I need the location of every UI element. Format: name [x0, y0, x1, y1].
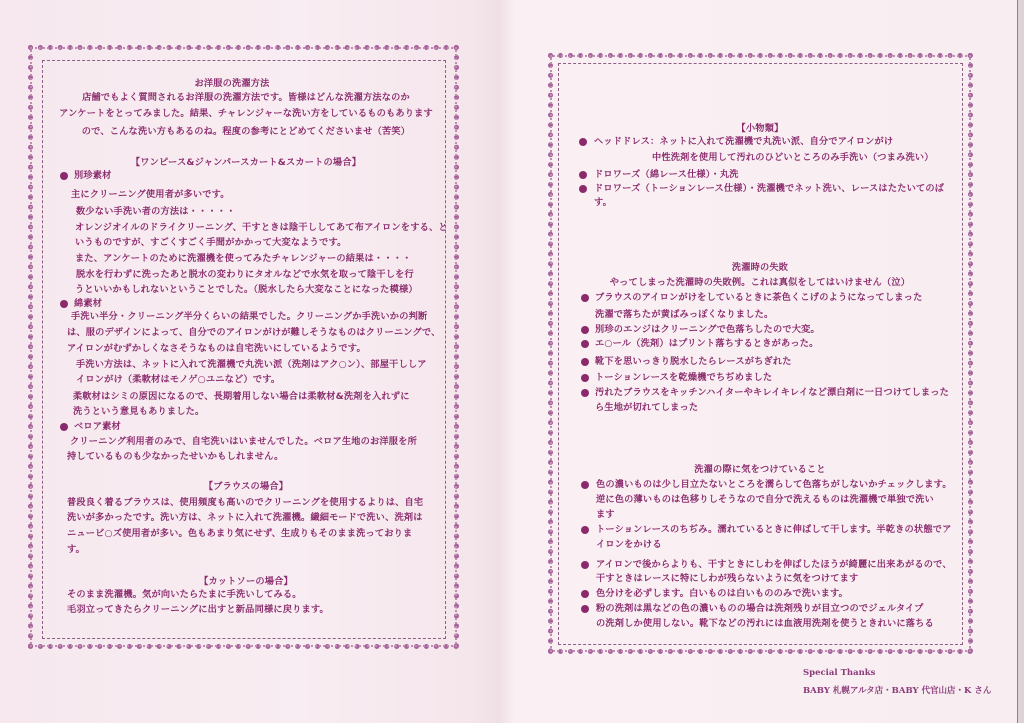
material-label: 別珍素材 [74, 170, 112, 182]
list-item-continuation: 干すときはレースに特にしわが残らないように気をつけてます [596, 573, 858, 585]
bullet-icon [60, 172, 68, 180]
list-item: トーションレースを乾燥機でちぢめました [595, 372, 772, 384]
list-item: 汚れたブラウスをキッチンハイターやキレイキレイなど漂白剤に一日つけてしまった [595, 387, 949, 399]
list-item: トーションレースのちぢみ。濡れているときに伸ばして干します。半乾きの状態でア [596, 524, 951, 536]
text-line: 柔軟材はシミの原因になるので、長期着用しない場合は柔軟材&洗剤を入れずに [73, 391, 410, 403]
material-label: ベロア素材 [74, 421, 121, 433]
section-heading-cutsew: 【カットソーの場合】 [46, 576, 446, 588]
list-item: 色の濃いものは少し目立たないところを濡らして色落ちがしないかチェックします。 [596, 479, 952, 491]
bullet-icon [581, 326, 589, 334]
bullet-icon [579, 138, 587, 146]
text-line: 毛羽立ってきたらクリーニングに出すと新品同様に戻ります。 [67, 604, 329, 616]
credits-text: BABY 札幌アルタ店・BABY 代官山店・K さん [803, 686, 991, 697]
bullet-icon [579, 185, 587, 193]
bullet-icon [581, 561, 589, 569]
bullet-icon [581, 389, 589, 397]
text-line: 持しているものも少なかったせいかもしれません。 [67, 451, 283, 463]
text-line: 手洗い方法は、ネットに入れて洗濯機で丸洗い派（洗剤はアク○ン）、部屋干ししア [76, 359, 427, 371]
intro-line: ので、こんな洗い方もあるのね。程度の参考にとどめてくださいませ（苦笑） [46, 126, 446, 138]
text-line: アイロンがむずかしくなさそうなものは自宅洗いにしているようです。 [67, 343, 366, 355]
right-dashed-border [558, 63, 963, 645]
bullet-icon [581, 526, 589, 534]
intro-line: アンケートをとってみました。結果、チャレンジャーな洗い方をしているものもあります [46, 108, 446, 120]
text-line: オレンジオイルのドライクリーニング、干すときは陰干ししてあて布アイロンをする、と [75, 222, 448, 234]
list-item: ドロワーズ（綿レース仕様）・丸洗 [594, 169, 739, 181]
bullet-icon [60, 300, 68, 308]
bullet-icon [581, 294, 589, 302]
bullet-icon [581, 340, 589, 348]
list-item-continuation: の洗剤しか使用しない。靴下などの汚れには血液用洗剤を使うときれいに落ちる [596, 618, 934, 630]
bullet-icon [579, 171, 587, 179]
material-label: 綿素材 [74, 298, 102, 310]
bullet-icon [581, 374, 589, 382]
text-line: ニュービ○ズ使用者が多い。色もあまり気にせず、生成りもそのまま洗っておりま [67, 528, 412, 540]
text-line: クリーニング利用者のみで、自宅洗いはいませんでした。ベロア生地のお洋服を所 [70, 436, 417, 448]
list-item: ドロワーズ（トーションレース仕様）・洗濯機でネット洗い、レースはたたいてのば [594, 183, 944, 195]
list-item: アイロンで後からよりも、干すときにしわを伸ばしたほうが綺麗に出来あがるので、 [596, 559, 952, 571]
bullet-icon [60, 423, 68, 431]
list-item: エ○ール（洗剤）はプリント落ちするときがあった。 [595, 338, 818, 350]
text-line: イロンがけ（柔軟材はモノゲ○ユニなど）です。 [76, 374, 280, 386]
text-line: 洗うという意見もありました。 [73, 406, 204, 418]
failures-subtitle: やってしまった洗濯時の失敗例。これは真似をしてはいけません（泣） [560, 277, 960, 289]
text-line: 普段良く着るブラウスは、使用頻度も高いのでクリーニングを使用するよりは、自宅 [67, 497, 423, 509]
list-item: 靴下を思いっきり脱水したらレースがちぎれた [595, 356, 792, 368]
list-item: ブラウスのアイロンがけをしているときに茶色くこげのようになってしまった [595, 292, 922, 304]
accessories-heading: 【小物類】 [560, 123, 960, 135]
bullet-icon [581, 590, 589, 598]
text-line: は、服のデザインによって、自分でのアイロンがけが難しそうなものはクリーニングで、 [67, 327, 440, 339]
list-item: ヘッドドレス：ネットに入れて洗濯機で丸洗い派、自分でアイロンがけ [594, 136, 893, 148]
bullet-icon [581, 358, 589, 366]
list-item: 色分けを必ずします。白いものは白いもののみで洗います。 [596, 588, 848, 600]
list-item-continuation: 中性洗剤を使用して汚れのひどいところのみ手洗い（つまみ洗い） [652, 152, 934, 164]
text-line: また、アンケートのために洗濯機を使ってみたチャレンジャーの結果は・・・・ [75, 253, 411, 265]
text-line: 脱水を行わずに洗ったあと脱水の変わりにタオルなどで水気を取って陰干しを行 [76, 269, 414, 281]
list-item-continuation: イロンをかける [596, 539, 662, 551]
text-line: いうものですが、すごくすごく手間がかかって大変なようです。 [75, 237, 347, 249]
section-heading-blouse: 【ブラウスの場合】 [46, 481, 446, 493]
scan-edge [1017, 0, 1024, 723]
list-item-continuation: 逆に色の薄いものは色移りしそうなので自分で洗えるものは洗濯機で単独で洗い [596, 494, 934, 506]
failures-title: 洗濯時の失敗 [560, 262, 960, 274]
list-item-continuation: す。 [594, 197, 612, 209]
text-line: 主にクリーニング使用者が多いです。 [71, 189, 230, 201]
credits-label: Special Thanks [803, 668, 875, 679]
text-line: うといいかもしれないということでした。（脱水したら大変なことになった模様） [75, 284, 418, 296]
tips-title: 洗濯の際に気をつけていること [560, 464, 960, 476]
text-line: 手洗い半分・クリーニング半分くらいの結果でした。クリーニングか手洗いかの判断 [71, 311, 427, 323]
intro-line: 店舗でもよく質問されるお洋服の洗濯方法です。皆様はどんな洗濯方法なのか [46, 92, 446, 104]
bullet-icon [581, 481, 589, 489]
text-line: そのまま洗濯機。気が向いたらたまに手洗いしてみる。 [67, 589, 302, 601]
page-title: お洋服の洗濯方法 [130, 78, 334, 90]
section-heading-onepiece: 【ワンピース&ジャンパースカート&スカートの場合】 [46, 157, 446, 169]
list-item: 粉の洗剤は黒などの色の濃いものの場合は洗剤残りが目立つのでジェルタイプ [596, 603, 924, 615]
list-item-continuation: 洗濯で落ちたが黄ばみっぽくなりました。 [595, 309, 773, 321]
text-line: 洗いが多かったです。洗い方は、ネットに入れて洗濯機。繊細モードで洗い、洗剤は [67, 512, 423, 524]
text-line: す。 [67, 544, 85, 556]
bullet-icon [581, 605, 589, 613]
text-line: 数少ない手洗い者の方法は・・・・・ [76, 206, 236, 218]
list-item-continuation: ら生地が切れてしまった [595, 402, 698, 414]
list-item: 別珍のエンジはクリーニングで色落ちしたので大変。 [595, 324, 820, 336]
list-item-continuation: ます [596, 509, 615, 521]
